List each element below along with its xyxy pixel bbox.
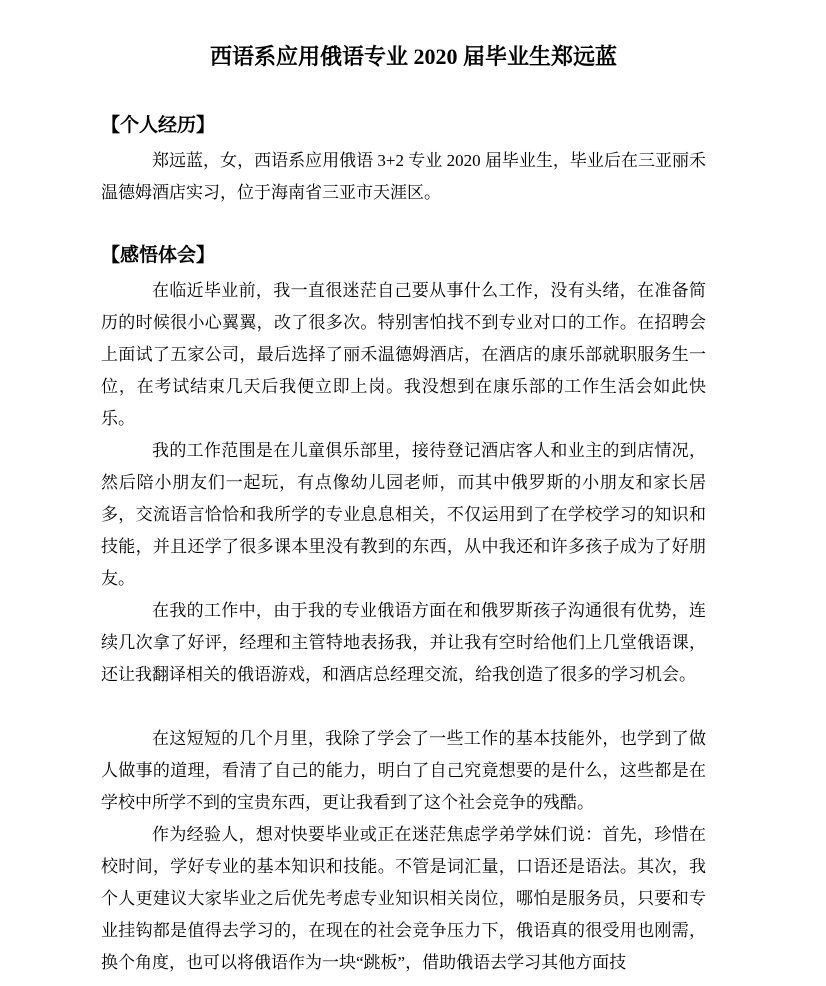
paragraph-advice: 作为经验人，想对快要毕业或正在迷茫焦虑学弟学妹们说：首先，珍惜在校时间，学好专业…: [101, 819, 706, 979]
paragraph-profile: 郑远蓝，女，西语系应用俄语 3+2 专业 2020 届毕业生，毕业后在三亚丽禾温…: [101, 145, 706, 209]
paragraph-lessons-learned: 在这短短的几个月里，我除了学会了一些工作的基本技能外，也学到了做人做事的道理，看…: [101, 723, 706, 819]
paragraph-blank-line: [101, 691, 706, 723]
document-page: 西语系应用俄语专业 2020 届毕业生郑远蓝 【个人经历】 郑远蓝，女，西语系应…: [0, 0, 826, 986]
paragraph-russian-advantage: 在我的工作中，由于我的专业俄语方面在和俄罗斯孩子沟通很有优势，连续几次拿了好评，…: [101, 595, 706, 691]
document-title: 西语系应用俄语专业 2020 届毕业生郑远蓝: [111, 42, 716, 72]
paragraph-work-scope: 我的工作范围是在儿童俱乐部里，接待登记酒店客人和业主的到店情况，然后陪小朋友们一…: [101, 435, 706, 595]
paragraph-job-search: 在临近毕业前，我一直很迷茫自己要从事什么工作，没有头绪，在准备简历的时候很小心翼…: [101, 275, 706, 435]
section-heading-reflections: 【感悟体会】: [101, 243, 706, 269]
section-heading-personal-experience: 【个人经历】: [101, 113, 706, 139]
